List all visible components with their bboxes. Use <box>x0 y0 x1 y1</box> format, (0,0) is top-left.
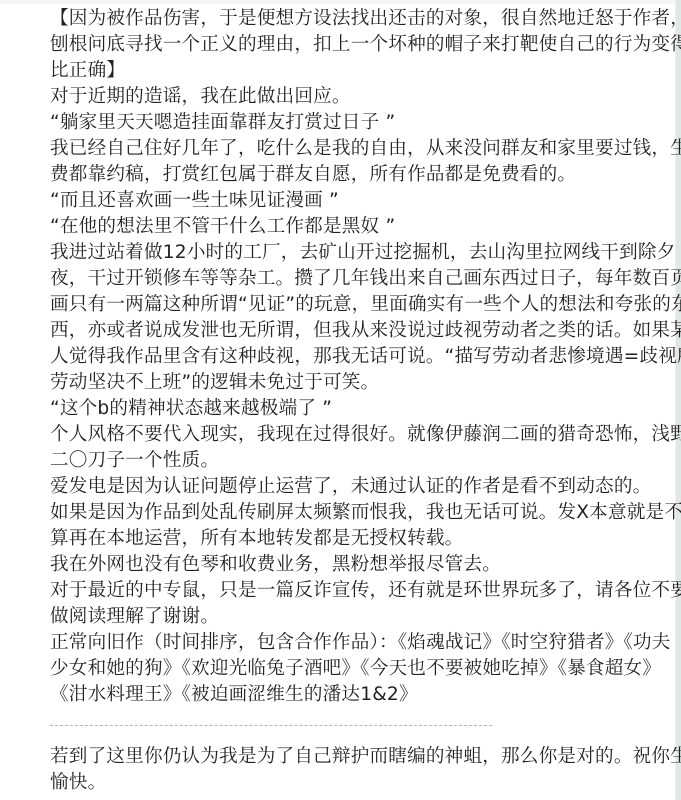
response-body: 对于近期的造谣，我在此做出回应。 “躺家里天天嗯造挂面靠群友打赏过日子 ” 我已… <box>50 84 640 708</box>
quoted-rumor: “在他的想法里不管干什么工作都是黑奴 ” <box>50 214 640 240</box>
text-line: 我进过站着做12小时的工厂，去矿山开过挖掘机，去山沟里拉网线干到除夕 <box>50 240 640 266</box>
text-line: 爱发电是因为认证问题停止运营了，未通过认证的作者是看不到动态的。 <box>50 474 640 500</box>
text-line: 画只有一两篇这种所谓“见证”的玩意，里面确实有一些个人的想法和夸张的东 <box>50 292 640 318</box>
text-line: 做阅读理解了谢谢。 <box>50 604 640 630</box>
text-line: 对于近期的造谣，我在此做出回应。 <box>50 84 640 110</box>
quoted-rumor: “躺家里天天嗯造挂面靠群友打赏过日子 ” <box>50 110 640 136</box>
top-band <box>0 0 676 4</box>
text-line: 费都靠约稿，打赏红包属于群友自愿，所有作品都是免费看的。 <box>50 162 640 188</box>
scrollbar-track[interactable] <box>675 0 681 800</box>
works-list-line: 《泔水料理王》《被迫画涩维生的潘达1&2》 <box>50 682 640 708</box>
text-line: 我已经自己住好几年了，吃什么是我的自由，从来没问群友和家里要过钱，生活 <box>50 136 640 162</box>
text-line: 劳动坚决不上班”的逻辑未免过于可笑。 <box>50 370 640 396</box>
text-line: 人觉得我作品里含有这种歧视，那我无话可说。“描写劳动者悲惨境遇=歧视所有 <box>50 344 640 370</box>
text-line: 如果是因为作品到处乱传刷屏太频繁而恨我，我也无话可说。发X本意就是不打 <box>50 500 640 526</box>
text-line: 比正确】 <box>50 58 640 84</box>
text-line: 愉快。 <box>50 770 640 796</box>
works-list-line: 正常向旧作（时间排序，包含合作作品）：《焰魂战记》《时空狩猎者》《功夫 <box>50 630 640 656</box>
text-line: 个人风格不要代入现实，我现在过得很好。就像伊藤润二画的猎奇恐怖，浅野一 <box>50 422 640 448</box>
quoted-rumor: “这个b的精神状态越来越极端了 ” <box>50 396 640 422</box>
text-line: 二〇刀子一个性质。 <box>50 448 640 474</box>
quoted-rumor: “而且还喜欢画一些土味见证漫画 ” <box>50 188 640 214</box>
text-line: 若到了这里你仍认为我是为了自己辩护而瞎编的神蛆，那么你是对的。祝你生活 <box>50 744 640 770</box>
text-line: 算再在本地运营，所有本地转发都是无授权转载。 <box>50 526 640 552</box>
post-body: 【因为被作品伤害，于是便想方设法找出还击的对象，很自然地迁怒于作者，并 刨根问底… <box>50 6 640 796</box>
text-line: 【因为被作品伤害，于是便想方设法找出还击的对象，很自然地迁怒于作者，并 <box>50 6 640 32</box>
works-list-line: 少女和她的狗》《欢迎光临兔子酒吧》《今天也不要被她吃掉》《暴食超女》 <box>50 656 640 682</box>
closing-paragraph: 若到了这里你仍认为我是为了自己辩护而瞎编的神蛆，那么你是对的。祝你生活 愉快。 <box>50 744 640 796</box>
intro-paragraph: 【因为被作品伤害，于是便想方设法找出还击的对象，很自然地迁怒于作者，并 刨根问底… <box>50 6 640 84</box>
text-line: 刨根问底寻找一个正义的理由，扣上一个坏种的帽子来打靶使自己的行为变得无 <box>50 32 640 58</box>
text-line: 西，亦或者说成发泄也无所谓，但我从来没说过歧视劳动者之类的话。如果某些 <box>50 318 640 344</box>
text-line: 我在外网也没有色琴和收费业务，黑粉想举报尽管去。 <box>50 552 640 578</box>
text-line: 对于最近的中专鼠，只是一篇反诈宣传，还有就是环世界玩多了，请各位不要再 <box>50 578 640 604</box>
text-line: 夜，干过开锁修车等等杂工。攒了几年钱出来自己画东西过日子，每年数百页漫 <box>50 266 640 292</box>
dashed-divider <box>50 725 492 726</box>
